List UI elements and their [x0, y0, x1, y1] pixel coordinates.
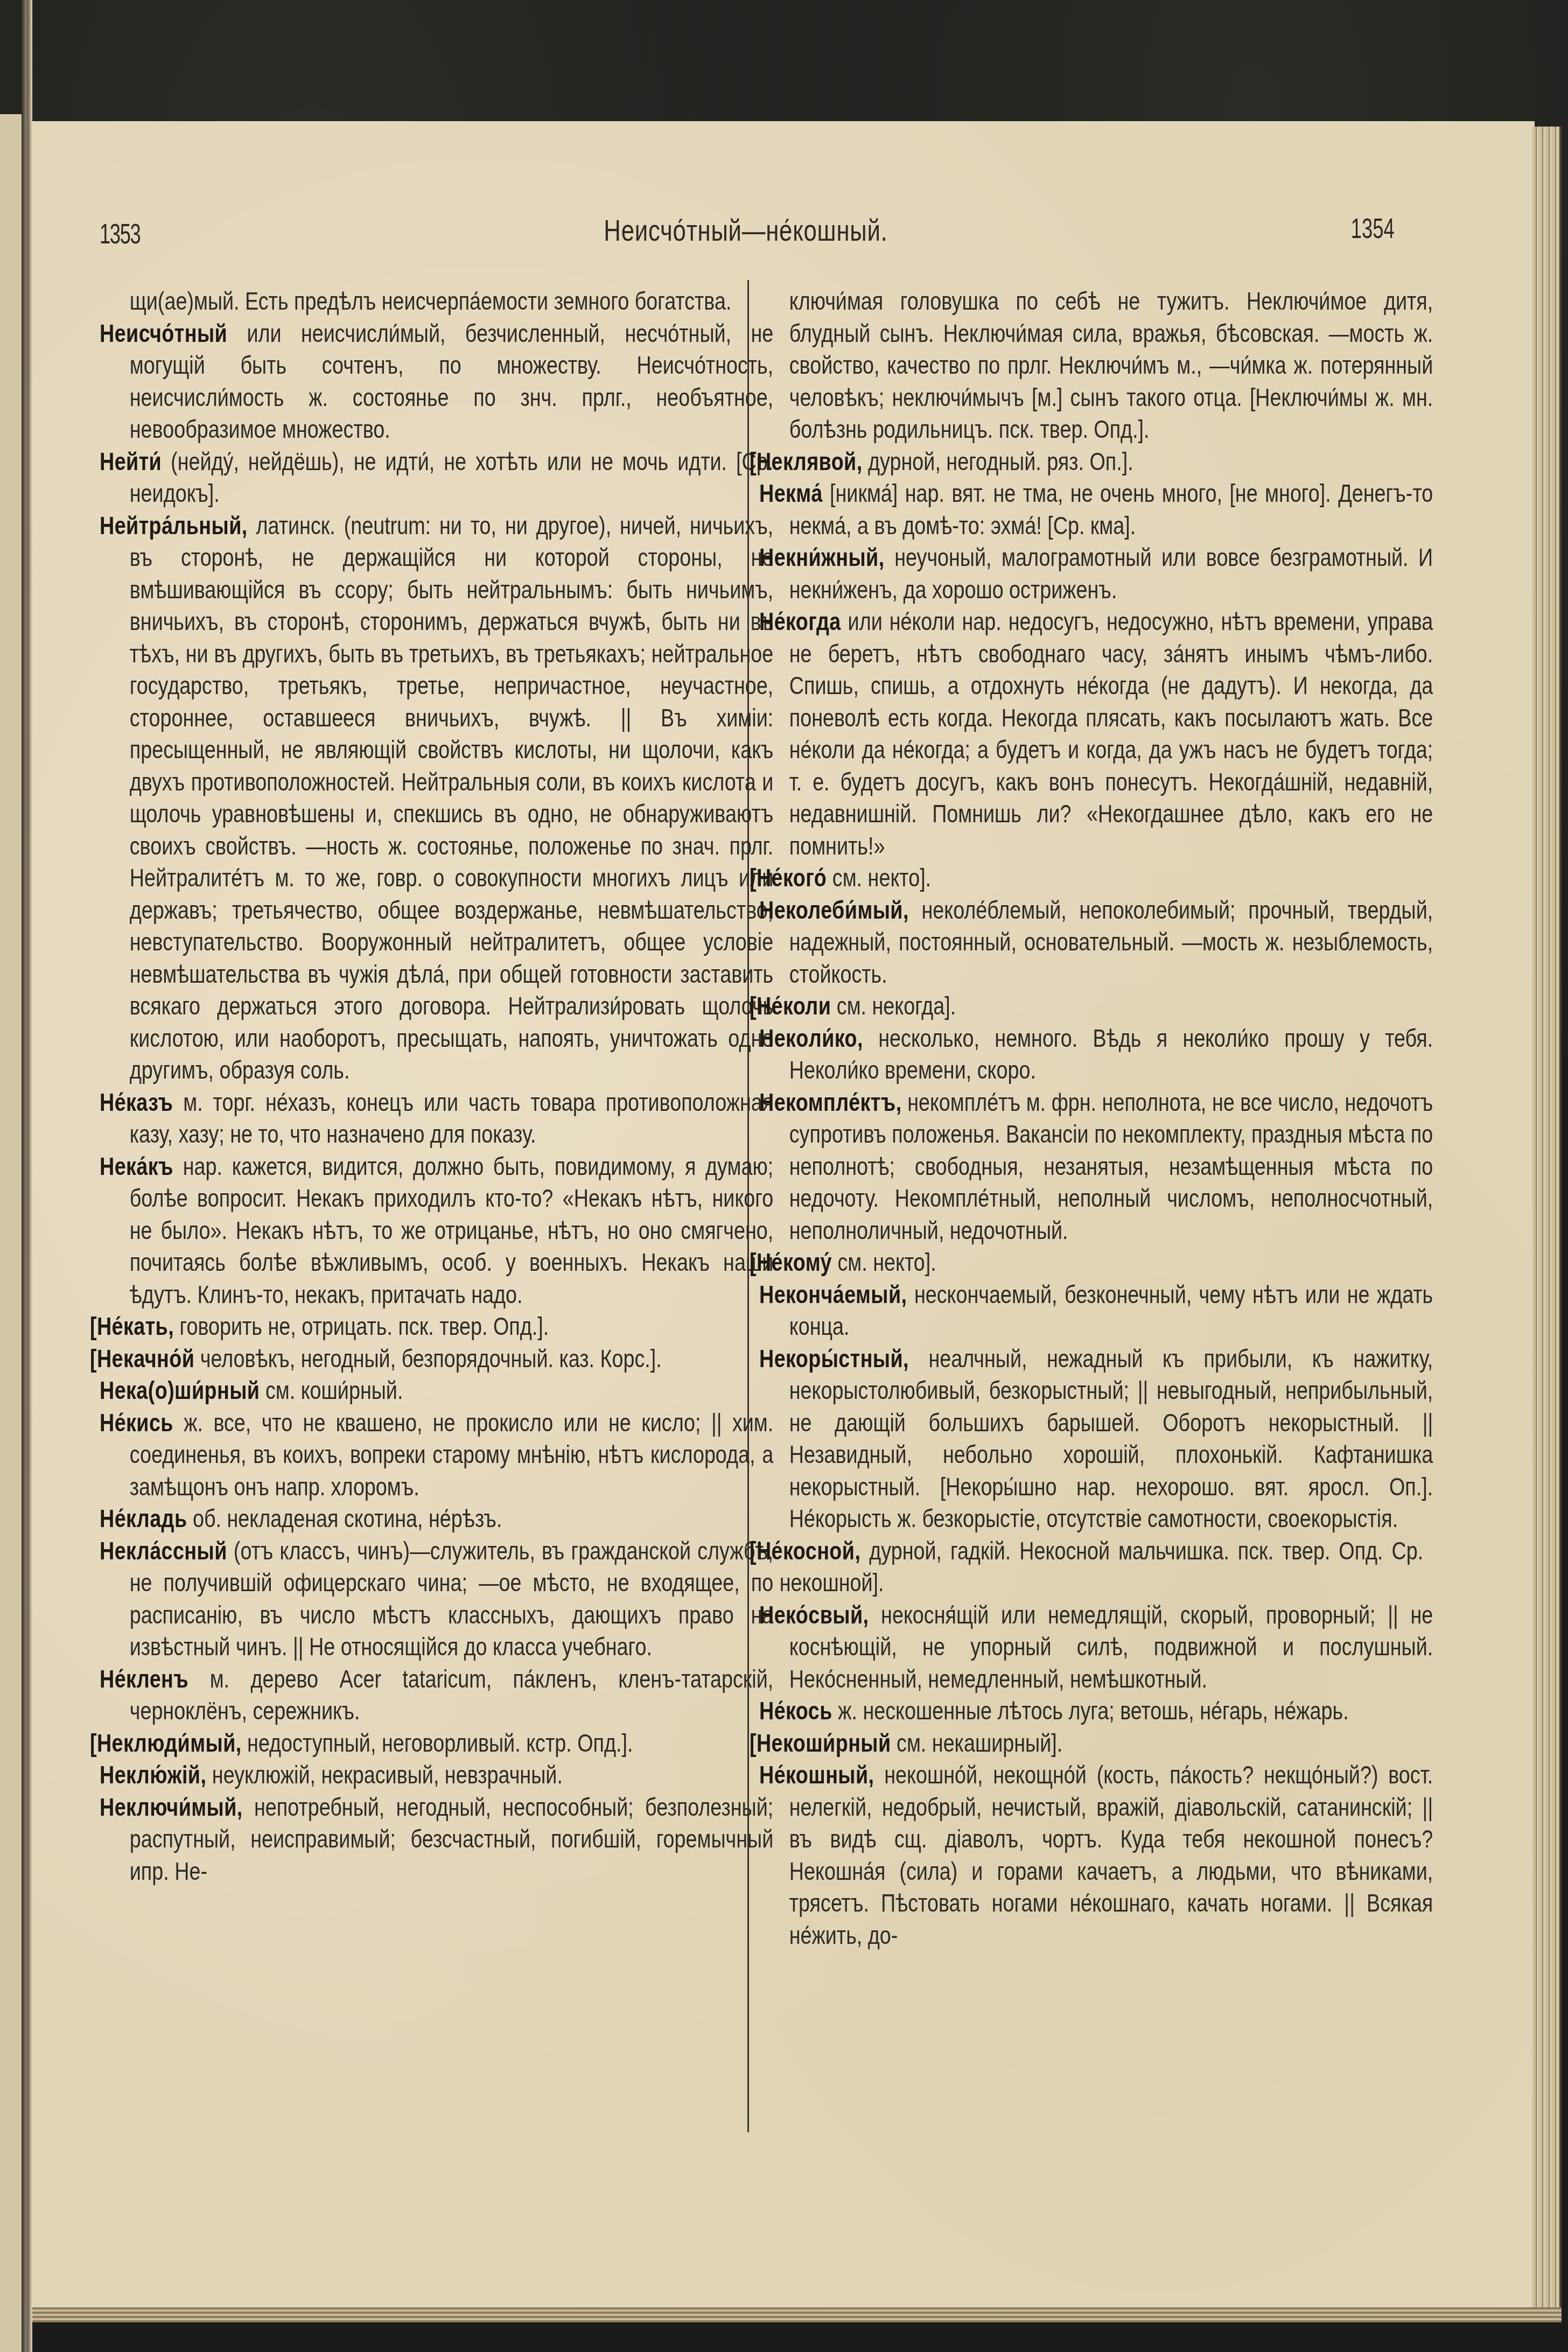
entry-headword: [Некачно́й — [90, 1345, 194, 1373]
dictionary-entry: [Не́кать, говорить не, отрицать. пск. тв… — [90, 1311, 764, 1343]
entry-continuation: щи(ае)мый. Есть предѣлъ неисчерпа́емости… — [100, 285, 773, 318]
dictionary-entry: Неисчо́тный или неисчисли́мый, безчислен… — [100, 318, 773, 446]
entry-definition: неуклюжій, некрасивый, невзрачный. — [212, 1761, 563, 1789]
entry-headword: Не́кось — [759, 1697, 832, 1725]
dictionary-entry: [Неклявой, дурной, негодный. ряз. Оп.]. — [750, 446, 1423, 478]
entry-definition: латинск. (neutrum: ни то, ни другое), ни… — [130, 512, 773, 1084]
entry-definition: ж. нескошенные лѣтось луга; ветошь, не́г… — [838, 1697, 1348, 1725]
dictionary-entry: Некма́ [никма́] нар. вят. не тма, не оче… — [759, 478, 1433, 542]
entry-headword: Не́казъ — [100, 1088, 173, 1116]
entry-headword: Нейти́ — [100, 447, 162, 475]
entry-headword: Не́кошный, — [759, 1761, 874, 1789]
entry-definition: см. некогда]. — [837, 992, 956, 1020]
entry-headword: Неконча́емый, — [759, 1280, 907, 1308]
dictionary-entry: Некoли́ко, несколько, немного. Вѣдь я не… — [759, 1023, 1433, 1087]
entry-headword: Некoли́ко, — [759, 1024, 863, 1052]
entry-definition: несколько, немного. Вѣдь я некoли́ко про… — [789, 1024, 1433, 1084]
dictionary-entry: Неко́свый, некосня́щій или немедлящій, с… — [759, 1599, 1433, 1696]
dictionary-entry: Не́кошный, некошно́й, некощно́й (кость, … — [759, 1759, 1433, 1951]
entry-headword: [Не́кать, — [90, 1312, 174, 1340]
page-number-left: 1353 — [100, 218, 140, 250]
page-title: Неисчо́тный—не́кошный. — [240, 213, 1252, 248]
dictionary-entry: Некоры́стный, неалчный, нежадный къ приб… — [759, 1343, 1433, 1535]
entry-headword: [Не́кого́ — [750, 864, 827, 892]
entry-definition: неучоный, малограмотный или вовсе безгра… — [789, 543, 1433, 604]
right-column: ключи́мая головушка по себѣ не тужитъ. Н… — [759, 285, 1403, 1951]
dictionary-entry: [Не́кого́ см. некто]. — [750, 862, 1423, 894]
entry-definition: об. некладеная скотина, не́рѣзъ. — [193, 1504, 502, 1532]
entry-headword: Нека(о)ши́рный — [100, 1376, 260, 1404]
entry-definition: щи(ае)мый. Есть предѣлъ неисчерпа́емости… — [130, 287, 732, 315]
entry-headword: Некомпле́ктъ, — [759, 1088, 902, 1116]
entry-definition: ключи́мая головушка по себѣ не тужитъ. Н… — [789, 287, 1433, 443]
entry-headword: Неисчо́тный — [100, 319, 227, 347]
entry-headword: Нейтра́льный, — [100, 512, 248, 540]
entry-headword: [Неклюди́мый, — [90, 1729, 242, 1757]
entry-headword: Не́кись — [100, 1409, 173, 1437]
entry-definition: говорить не, отрицать. пск. твер. Опд.]. — [180, 1312, 549, 1340]
dictionary-entry: Некомпле́ктъ, некомпле́тъ м. фрн. неполн… — [759, 1087, 1433, 1247]
entry-definition: [никма́] нар. вят. не тма, не очень мног… — [789, 479, 1433, 540]
previous-page-edge — [0, 114, 22, 2352]
entry-definition: человѣкъ, негодный, безпорядочный. каз. … — [200, 1345, 662, 1373]
page-number-right: 1354 — [1351, 213, 1395, 245]
entry-definition: дурной, негодный. ряз. Оп.]. — [868, 447, 1133, 475]
dictionary-entry: Не́кись ж. все, что не квашено, не проки… — [100, 1407, 773, 1503]
dictionary-entry: Не́когда или не́коли нар. недосугъ, недо… — [759, 606, 1433, 862]
entry-headword: Некма́ — [759, 479, 823, 507]
dictionary-entry: [Не́коли см. некогда]. — [750, 990, 1423, 1023]
entry-definition: дурной, гадкій. Некосной мальчишка. пск.… — [780, 1537, 1423, 1597]
dictionary-entry: [Не́косной, дурной, гадкій. Некосной мал… — [750, 1535, 1423, 1599]
entry-definition: см. некто]. — [832, 864, 931, 892]
entry-definition: недоступный, неговорливый. кстр. Опд.]. — [247, 1729, 633, 1757]
dictionary-entry: [Некачно́й человѣкъ, негодный, безпорядо… — [90, 1343, 764, 1375]
dictionary-entry: Некла́ссный (отъ классъ, чинъ)—служитель… — [100, 1535, 773, 1663]
entry-definition: м. торг. не́хазъ, конецъ или часть товар… — [130, 1088, 773, 1149]
entry-definition: некосня́щій или немедлящій, скорый, пров… — [789, 1601, 1433, 1693]
dictionary-entry: Нека́къ нар. кажется, видится, должно бы… — [100, 1151, 773, 1311]
dictionary-entry: [Не́кому́ см. некто]. — [750, 1247, 1423, 1279]
entry-definition: нар. кажется, видится, должно быть, пови… — [130, 1152, 773, 1308]
entry-headword: Не́кладь — [100, 1504, 187, 1532]
dictionary-entry: Нейти́ (нейду́, нейдёшь), не идти́, не х… — [100, 446, 773, 510]
entry-definition: см. некаширный]. — [897, 1729, 1062, 1757]
dictionary-entry: [Некоши́рный см. некаширный]. — [750, 1727, 1423, 1760]
entry-definition: (нейду́, нейдёшь), не идти́, не хотѣть и… — [130, 447, 773, 508]
page-stack-edge — [1532, 127, 1562, 2313]
entry-headword: [Неклявой, — [750, 447, 863, 475]
page-stack-bottom — [32, 2307, 1562, 2322]
dictionary-entry: [Неклюди́мый, недоступный, неговорливый.… — [90, 1727, 764, 1760]
dictionary-entry: Не́кленъ м. дерево Acer tataricum, па́кл… — [100, 1663, 773, 1727]
entry-headword: Не́когда — [759, 607, 841, 635]
book-gutter — [22, 0, 32, 2352]
entry-headword: Неко́свый, — [759, 1601, 869, 1629]
dictionary-entry: Неклю́жій, неуклюжій, некрасивый, невзра… — [100, 1759, 773, 1791]
dictionary-entry: Не́казъ м. торг. не́хазъ, конецъ или час… — [100, 1087, 773, 1151]
dictionary-entry: Нека(о)ши́рный см. коши́рный. — [100, 1375, 773, 1407]
dictionary-entry: Некни́жный, неучоный, малограмотный или … — [759, 542, 1433, 606]
entry-headword: [Не́коли — [750, 992, 831, 1020]
entry-definition: неалчный, нежадный къ прибыли, къ нажитк… — [789, 1345, 1433, 1533]
dictionary-entry: Неключи́мый, непотребный, негодный, несп… — [100, 1791, 773, 1888]
entry-headword: Неключи́мый, — [100, 1793, 243, 1821]
entry-definition: м. дерево Acer tataricum, па́кленъ, клен… — [130, 1665, 773, 1725]
dictionary-entry: Нейтра́льный, латинск. (neutrum: ни то, … — [100, 510, 773, 1087]
entry-headword: Некла́ссный — [100, 1537, 227, 1565]
entry-headword: Неклю́жій, — [100, 1761, 206, 1789]
dictionary-entry: Не́кладь об. некладеная скотина, не́рѣзъ… — [100, 1503, 773, 1535]
entry-headword: Не́кленъ — [100, 1665, 188, 1693]
entry-headword: [Некоши́рный — [750, 1729, 891, 1757]
entry-headword: [Не́косной, — [750, 1537, 860, 1565]
dictionary-entry: Не́кось ж. нескошенные лѣтось луга; вето… — [759, 1695, 1433, 1727]
entry-headword: Нека́къ — [100, 1152, 173, 1180]
entry-definition: см. некто]. — [837, 1248, 936, 1276]
running-header: 1353 Неисчо́тный—не́кошный. 1354 — [97, 213, 1395, 256]
left-column: щи(ае)мый. Есть предѣлъ неисчерпа́емости… — [100, 285, 743, 1887]
entry-definition: см. коши́рный. — [265, 1376, 403, 1404]
entry-headword: Некни́жный, — [759, 543, 885, 571]
entry-definition: некошно́й, некощно́й (кость, па́кость? н… — [789, 1761, 1433, 1949]
entry-headword: [Не́кому́ — [750, 1248, 832, 1276]
dictionary-entry: Неколеби́мый, неколе́блемый, непоколебим… — [759, 894, 1433, 991]
entry-definition: или не́коли нар. недосугъ, недосужно, нѣ… — [789, 607, 1433, 860]
entry-definition: ж. все, что не квашено, не прокисло или … — [130, 1409, 773, 1501]
entry-continuation: ключи́мая головушка по себѣ не тужитъ. Н… — [759, 285, 1433, 446]
dictionary-entry: Неконча́емый, нескончаемый, безконечный,… — [759, 1279, 1433, 1343]
entry-headword: Неколеби́мый, — [759, 896, 909, 924]
entry-headword: Некоры́стный, — [759, 1345, 909, 1373]
